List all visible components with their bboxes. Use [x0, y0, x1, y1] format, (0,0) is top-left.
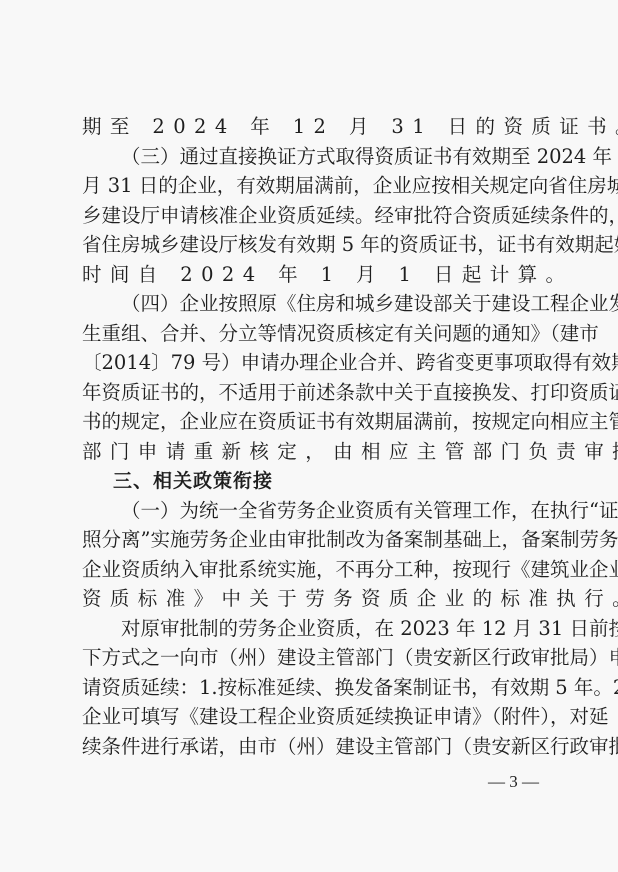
body-line-19: 下方式之一向市（州）建设主管部门（贵安新区行政审批局）申 [82, 644, 542, 672]
page-number: — 3 — [488, 772, 539, 792]
body-line-7: （四）企业按照原《住房和城乡建设部关于建设工程企业发 [121, 290, 542, 318]
body-line-22: 续条件进行承诺，由市（州）建设主管部门（贵安新区行政审批 [82, 733, 542, 761]
body-line-11: 书的规定，企业应在资质证书有效期届满前，按规定向相应主管 [82, 408, 542, 436]
body-line-10: 年资质证书的，不适用于前述条款中关于直接换发、打印资质证 [82, 379, 542, 407]
body-line-4: 乡建设厅申请核准企业资质延续。经审批符合资质延续条件的， [82, 202, 542, 230]
document-page: 期至 2024 年 12 月 31 日的资质证书。 （三）通过直接换证方式取得资… [0, 0, 618, 872]
body-line-14: （一）为统一全省劳务企业资质有关管理工作，在执行“证 [121, 497, 542, 525]
body-line-6: 时间自 2024 年 1 月 1 日起计算。 [82, 261, 542, 289]
body-line-20: 请资质延续：1.按标准延续、换发备案制证书，有效期 5 年。2. [82, 674, 542, 702]
body-line-2: （三）通过直接换证方式取得资质证书有效期至 2024 年 12 [121, 143, 542, 171]
body-line-8: 生重组、合并、分立等情况资质核定有关问题的通知》（建市 [82, 320, 542, 348]
body-line-21: 企业可填写《建设工程企业资质延续换证申请》（附件），对延 [82, 703, 542, 731]
body-line-9: 〔2014〕79 号）申请办理企业合并、跨省变更事项取得有效期 1 [82, 349, 542, 377]
body-line-12: 部门申请重新核定，由相应主管部门负责审批。 [82, 438, 542, 466]
body-line-16: 企业资质纳入审批系统实施，不再分工种，按现行《建筑业企业 [82, 556, 542, 584]
body-line-3: 月 31 日的企业，有效期届满前，企业应按相关规定向省住房城 [82, 172, 542, 200]
body-line-17: 资质标准》中关于劳务资质企业的标准执行。 [82, 585, 542, 613]
section-heading: 三、相关政策衔接 [113, 467, 273, 495]
body-line-15: 照分离”实施劳务企业由审批制改为备案制基础上，备案制劳务 [82, 526, 542, 554]
body-line-5: 省住房城乡建设厅核发有效期 5 年的资质证书，证书有效期起始 [82, 231, 542, 259]
body-line-18: 对原审批制的劳务企业资质，在 2023 年 12 月 31 日前按以 [121, 615, 542, 643]
body-line-1: 期至 2024 年 12 月 31 日的资质证书。 [82, 113, 542, 141]
